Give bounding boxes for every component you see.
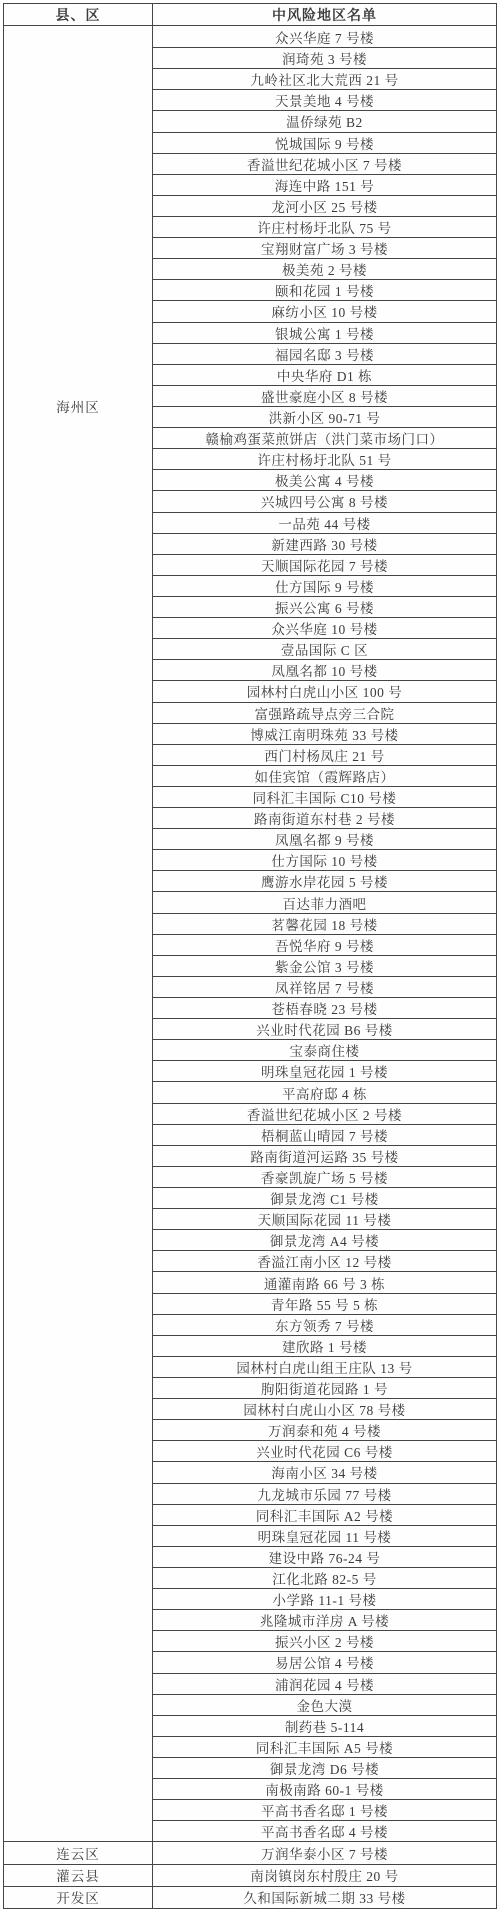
area-name: 建设中路 76-24 号	[269, 1547, 381, 1567]
area-name: 天顺国际花园 7 号楼	[261, 555, 388, 575]
area-row: 宝泰商住楼	[153, 1039, 496, 1060]
area-row: 海南小区 34 号楼	[153, 1461, 496, 1482]
area-name: 茗馨花园 18 号楼	[271, 914, 377, 934]
area-name: 浦润花园 4 号楼	[275, 1674, 374, 1694]
area-name: 同科汇丰国际 A5 号楼	[256, 1737, 393, 1757]
district-section-guanyun: 灌云县 南岗镇岗东村殷庄 20 号	[4, 1864, 496, 1886]
area-name: 路南街道河运路 35 号楼	[250, 1146, 398, 1166]
area-row: 仕方国际 10 号楼	[153, 849, 496, 870]
area-row: 路南街道河运路 35 号楼	[153, 1145, 496, 1166]
area-name: 银城公寓 1 号楼	[275, 323, 374, 343]
area-row: 富强路疏导点旁三合院	[153, 702, 496, 723]
area-row: 御景龙湾 A4 号楼	[153, 1229, 496, 1250]
area-name: 中央华府 D1 栋	[277, 365, 372, 385]
area-name: 极美公寓 4 号楼	[275, 470, 374, 490]
district-label: 连云区	[56, 1843, 100, 1863]
area-row: 江化北路 82-5 号	[153, 1567, 496, 1588]
area-name: 香豪凯旋广场 5 号楼	[261, 1167, 388, 1187]
area-row: 朐阳街道花园路 1 号	[153, 1377, 496, 1398]
table-header-row: 县、区 中风险地区名单	[4, 4, 496, 26]
area-name: 宝翔财富广场 3 号楼	[261, 238, 388, 258]
area-row: 香溢世纪花城小区 7 号楼	[153, 153, 496, 174]
area-row: 久和国际新城二期 33 号楼	[153, 1887, 496, 1908]
area-name: 御景龙湾 D6 号楼	[270, 1758, 379, 1778]
area-name: 万润华泰小区 7 号楼	[261, 1843, 388, 1863]
area-name: 兴业时代花园 C6 号楼	[256, 1441, 393, 1461]
area-row: 九龙城市乐园 77 号楼	[153, 1483, 496, 1504]
area-name: 赣榆鸡蛋菜煎饼店（洪门菜市场门口）	[206, 428, 444, 448]
area-name: 洪新小区 90-71 号	[269, 407, 381, 427]
area-row: 百达菲力酒吧	[153, 891, 496, 912]
area-name: 颐和花园 1 号楼	[275, 280, 374, 300]
area-row: 易居公馆 4 号楼	[153, 1651, 496, 1672]
area-row: 小学路 11-1 号楼	[153, 1588, 496, 1609]
area-name: 盛世豪庭小区 8 号楼	[261, 386, 388, 406]
area-name: 振兴小区 2 号楼	[275, 1631, 374, 1651]
area-name: 如佳宾馆（霞辉路店）	[255, 766, 395, 786]
area-name: 富强路疏导点旁三合院	[255, 703, 395, 723]
area-row: 青年路 55 号 5 栋	[153, 1293, 496, 1314]
area-name: 西门村杨凤庄 21 号	[264, 745, 384, 765]
area-name: 朐阳街道花园路 1 号	[261, 1378, 388, 1398]
area-name: 易居公馆 4 号楼	[275, 1652, 374, 1672]
area-list-guanyun: 南岗镇岗东村殷庄 20 号	[153, 1865, 496, 1886]
area-list-haizhou: 众兴华庭 7 号楼 润琦苑 3 号楼 九岭社区北大荒西 21 号 天景美地 4 …	[153, 26, 496, 1841]
area-row: 东方领秀 7 号楼	[153, 1314, 496, 1335]
area-row: 振兴小区 2 号楼	[153, 1630, 496, 1651]
area-row: 赣榆鸡蛋菜煎饼店（洪门菜市场门口）	[153, 427, 496, 448]
area-name: 御景龙湾 C1 号楼	[270, 1188, 379, 1208]
area-name: 兴城四号公寓 8 号楼	[261, 491, 388, 511]
area-name: 平高书香名邸 1 号楼	[261, 1800, 388, 1820]
area-row: 万润泰和苑 4 号楼	[153, 1419, 496, 1440]
area-row: 温侨绿苑 B2	[153, 110, 496, 131]
area-name: 天顺国际花园 11 号楼	[258, 1209, 392, 1229]
area-row: 通灌南路 66 号 3 栋	[153, 1271, 496, 1292]
area-row: 御景龙湾 C1 号楼	[153, 1187, 496, 1208]
header-risk-area-list: 中风险地区名单	[153, 4, 496, 25]
area-name: 凤凰名都 9 号楼	[275, 829, 374, 849]
area-row: 振兴公寓 6 号楼	[153, 596, 496, 617]
area-name: 梧桐蓝山晴园 7 号楼	[261, 1125, 388, 1145]
area-row: 福园名邸 3 号楼	[153, 343, 496, 364]
header-county-district: 县、区	[4, 4, 153, 25]
area-name: 园林村白虎山组王庄队 13 号	[236, 1357, 412, 1377]
area-row: 盛世豪庭小区 8 号楼	[153, 385, 496, 406]
area-row: 兆隆城市洋房 A 号楼	[153, 1609, 496, 1630]
area-row: 极美公寓 4 号楼	[153, 469, 496, 490]
area-name: 兆隆城市洋房 A 号楼	[260, 1610, 389, 1630]
area-name: 吾悦华府 9 号楼	[275, 935, 374, 955]
area-row: 一品苑 44 号楼	[153, 512, 496, 533]
area-row: 平高府邸 4 栋	[153, 1081, 496, 1102]
district-cell-lianyun: 连云区	[4, 1842, 153, 1863]
area-row: 兴城四号公寓 8 号楼	[153, 490, 496, 511]
area-row: 许庄村杨圩北队 75 号	[153, 216, 496, 237]
area-row: 如佳宾馆（霞辉路店）	[153, 765, 496, 786]
area-row: 天景美地 4 号楼	[153, 89, 496, 110]
area-name: 众兴华庭 7 号楼	[275, 27, 374, 47]
area-name: 九龙城市乐园 77 号楼	[257, 1484, 391, 1504]
area-row: 香溢世纪花城小区 2 号楼	[153, 1103, 496, 1124]
area-name: 众兴华庭 10 号楼	[271, 618, 377, 638]
area-row: 御景龙湾 D6 号楼	[153, 1757, 496, 1778]
district-section-haizhou: 海州区 众兴华庭 7 号楼 润琦苑 3 号楼 九岭社区北大荒西 21 号	[4, 26, 496, 1841]
area-name: 悦城国际 9 号楼	[275, 133, 374, 153]
area-name: 紫金公馆 3 号楼	[275, 956, 374, 976]
area-name: 新建西路 30 号楼	[271, 534, 377, 554]
area-row: 博威江南明珠苑 33 号楼	[153, 723, 496, 744]
area-row: 兴业时代花园 B6 号楼	[153, 1018, 496, 1039]
area-name: 仕方国际 9 号楼	[275, 576, 374, 596]
area-name: 建欣路 1 号楼	[282, 1336, 367, 1356]
area-row: 新建西路 30 号楼	[153, 533, 496, 554]
area-row: 极美苑 2 号楼	[153, 258, 496, 279]
area-name: 龙河小区 25 号楼	[271, 196, 377, 216]
area-row: 梧桐蓝山晴园 7 号楼	[153, 1124, 496, 1145]
area-name: 香溢江南小区 12 号楼	[257, 1251, 391, 1271]
area-row: 园林村白虎山组王庄队 13 号	[153, 1356, 496, 1377]
area-row: 建设中路 76-24 号	[153, 1546, 496, 1567]
area-name: 路南街道东村巷 2 号楼	[254, 808, 395, 828]
area-row: 天顺国际花园 7 号楼	[153, 554, 496, 575]
district-cell-haizhou: 海州区	[4, 26, 153, 1841]
area-name: 小学路 11-1 号楼	[273, 1589, 377, 1609]
district-label: 海州区	[4, 396, 152, 416]
area-row: 凤祥铭居 7 号楼	[153, 976, 496, 997]
area-name: 明珠皇冠花园 1 号楼	[261, 1061, 388, 1081]
area-name: 园林村白虎山小区 78 号楼	[243, 1399, 405, 1419]
area-row: 兴业时代花园 C6 号楼	[153, 1440, 496, 1461]
area-row: 万润华泰小区 7 号楼	[153, 1842, 496, 1863]
area-name: 通灌南路 66 号 3 栋	[264, 1273, 385, 1293]
area-name: 平高府邸 4 栋	[282, 1083, 367, 1103]
area-row: 建欣路 1 号楼	[153, 1335, 496, 1356]
area-row: 凤凰名都 9 号楼	[153, 828, 496, 849]
area-row: 壹品国际 C 区	[153, 638, 496, 659]
area-row: 同科汇丰国际 A5 号楼	[153, 1736, 496, 1757]
area-name: 许庄村杨圩北队 51 号	[257, 449, 391, 469]
area-row: 南岗镇岗东村殷庄 20 号	[153, 1865, 496, 1886]
area-row: 同科汇丰国际 C10 号楼	[153, 786, 496, 807]
area-row: 平高书香名邸 1 号楼	[153, 1799, 496, 1820]
area-name: 南岗镇岗东村殷庄 20 号	[250, 1865, 398, 1885]
area-name: 苍梧春晓 23 号楼	[271, 998, 377, 1018]
area-name: 凤祥铭居 7 号楼	[275, 977, 374, 997]
area-name: 香溢世纪花城小区 2 号楼	[247, 1104, 402, 1124]
district-section-lianyun: 连云区 万润华泰小区 7 号楼	[4, 1841, 496, 1863]
area-name: 兴业时代花园 B6 号楼	[256, 1019, 393, 1039]
area-name: 鹰游水岸花园 5 号楼	[261, 871, 388, 891]
area-row: 洪新小区 90-71 号	[153, 406, 496, 427]
area-name: 博威江南明珠苑 33 号楼	[250, 724, 398, 744]
area-row: 香溢江南小区 12 号楼	[153, 1250, 496, 1271]
area-row: 明珠皇冠花园 11 号楼	[153, 1525, 496, 1546]
area-name: 园林村白虎山小区 100 号	[247, 681, 403, 701]
area-name: 温侨绿苑 B2	[286, 111, 363, 131]
area-name: 御景龙湾 A4 号楼	[270, 1230, 379, 1250]
area-name: 麻纺小区 10 号楼	[271, 301, 377, 321]
district-cell-kaifa: 开发区	[4, 1887, 153, 1908]
area-row: 宝翔财富广场 3 号楼	[153, 237, 496, 258]
area-row: 路南街道东村巷 2 号楼	[153, 807, 496, 828]
area-name: 南极南路 60-1 号楼	[265, 1779, 384, 1799]
area-row: 龙河小区 25 号楼	[153, 195, 496, 216]
area-list-kaifa: 久和国际新城二期 33 号楼	[153, 1887, 496, 1908]
area-name: 一品苑 44 号楼	[278, 513, 370, 533]
area-name: 东方领秀 7 号楼	[275, 1315, 374, 1335]
area-row: 园林村白虎山小区 78 号楼	[153, 1398, 496, 1419]
area-row: 九岭社区北大荒西 21 号	[153, 68, 496, 89]
area-name: 宝泰商住楼	[290, 1040, 360, 1060]
area-row: 吾悦华府 9 号楼	[153, 934, 496, 955]
area-name: 江化北路 82-5 号	[272, 1568, 377, 1588]
district-cell-guanyun: 灌云县	[4, 1865, 153, 1886]
area-name: 久和国际新城二期 33 号楼	[243, 1887, 405, 1907]
table-body: 海州区 众兴华庭 7 号楼 润琦苑 3 号楼 九岭社区北大荒西 21 号	[4, 26, 496, 1908]
area-row: 麻纺小区 10 号楼	[153, 300, 496, 321]
area-row: 紫金公馆 3 号楼	[153, 955, 496, 976]
area-name: 海南小区 34 号楼	[271, 1462, 377, 1482]
area-name: 凤凰名都 10 号楼	[271, 660, 377, 680]
area-name: 万润泰和苑 4 号楼	[268, 1420, 381, 1440]
area-name: 许庄村杨圩北队 75 号	[257, 217, 391, 237]
area-name: 同科汇丰国际 A2 号楼	[256, 1505, 393, 1525]
area-name: 极美苑 2 号楼	[282, 259, 367, 279]
area-name: 制药巷 5-114	[285, 1716, 364, 1736]
district-label: 灌云县	[56, 1865, 100, 1885]
area-name: 仕方国际 10 号楼	[271, 850, 377, 870]
area-name: 平高书香名邸 4 号楼	[261, 1821, 388, 1841]
area-row: 西门村杨凤庄 21 号	[153, 744, 496, 765]
area-name: 振兴公寓 6 号楼	[275, 597, 374, 617]
district-label: 开发区	[56, 1887, 100, 1907]
area-row: 金色大漠	[153, 1694, 496, 1715]
area-row: 茗馨花园 18 号楼	[153, 913, 496, 934]
area-row: 南极南路 60-1 号楼	[153, 1778, 496, 1799]
area-row: 仕方国际 9 号楼	[153, 575, 496, 596]
area-name: 金色大漠	[297, 1695, 353, 1715]
area-name: 润琦苑 3 号楼	[282, 48, 367, 68]
area-row: 苍梧春晓 23 号楼	[153, 997, 496, 1018]
area-list-lianyun: 万润华泰小区 7 号楼	[153, 1842, 496, 1863]
area-row: 平高书香名邸 4 号楼	[153, 1820, 496, 1841]
area-row: 润琦苑 3 号楼	[153, 47, 496, 68]
area-row: 同科汇丰国际 A2 号楼	[153, 1504, 496, 1525]
district-section-kaifa: 开发区 久和国际新城二期 33 号楼	[4, 1886, 496, 1908]
area-row: 银城公寓 1 号楼	[153, 322, 496, 343]
area-row: 颐和花园 1 号楼	[153, 279, 496, 300]
area-row: 悦城国际 9 号楼	[153, 132, 496, 153]
area-row: 制药巷 5-114	[153, 1715, 496, 1736]
area-name: 福园名邸 3 号楼	[275, 344, 374, 364]
area-name: 香溢世纪花城小区 7 号楼	[247, 154, 402, 174]
area-name: 百达菲力酒吧	[283, 893, 367, 913]
area-row: 鹰游水岸花园 5 号楼	[153, 870, 496, 891]
area-row: 众兴华庭 10 号楼	[153, 617, 496, 638]
area-row: 海连中路 151 号	[153, 174, 496, 195]
area-name: 壹品国际 C 区	[281, 639, 368, 659]
area-name: 青年路 55 号 5 栋	[271, 1294, 378, 1314]
area-row: 众兴华庭 7 号楼	[153, 26, 496, 47]
area-name: 明珠皇冠花园 11 号楼	[258, 1526, 392, 1546]
area-row: 许庄村杨圩北队 51 号	[153, 448, 496, 469]
area-row: 天顺国际花园 11 号楼	[153, 1208, 496, 1229]
area-row: 中央华府 D1 栋	[153, 364, 496, 385]
area-row: 浦润花园 4 号楼	[153, 1673, 496, 1694]
risk-area-table: 县、区 中风险地区名单 海州区 众兴华庭 7 号楼 润琦苑 3 号楼	[3, 3, 497, 1909]
area-row: 香豪凯旋广场 5 号楼	[153, 1166, 496, 1187]
area-row: 明珠皇冠花园 1 号楼	[153, 1060, 496, 1081]
area-name: 同科汇丰国际 C10 号楼	[253, 787, 397, 807]
area-name: 九岭社区北大荒西 21 号	[250, 69, 398, 89]
area-name: 天景美地 4 号楼	[275, 90, 374, 110]
area-name: 海连中路 151 号	[275, 175, 375, 195]
area-row: 凤凰名都 10 号楼	[153, 659, 496, 680]
area-row: 园林村白虎山小区 100 号	[153, 680, 496, 701]
